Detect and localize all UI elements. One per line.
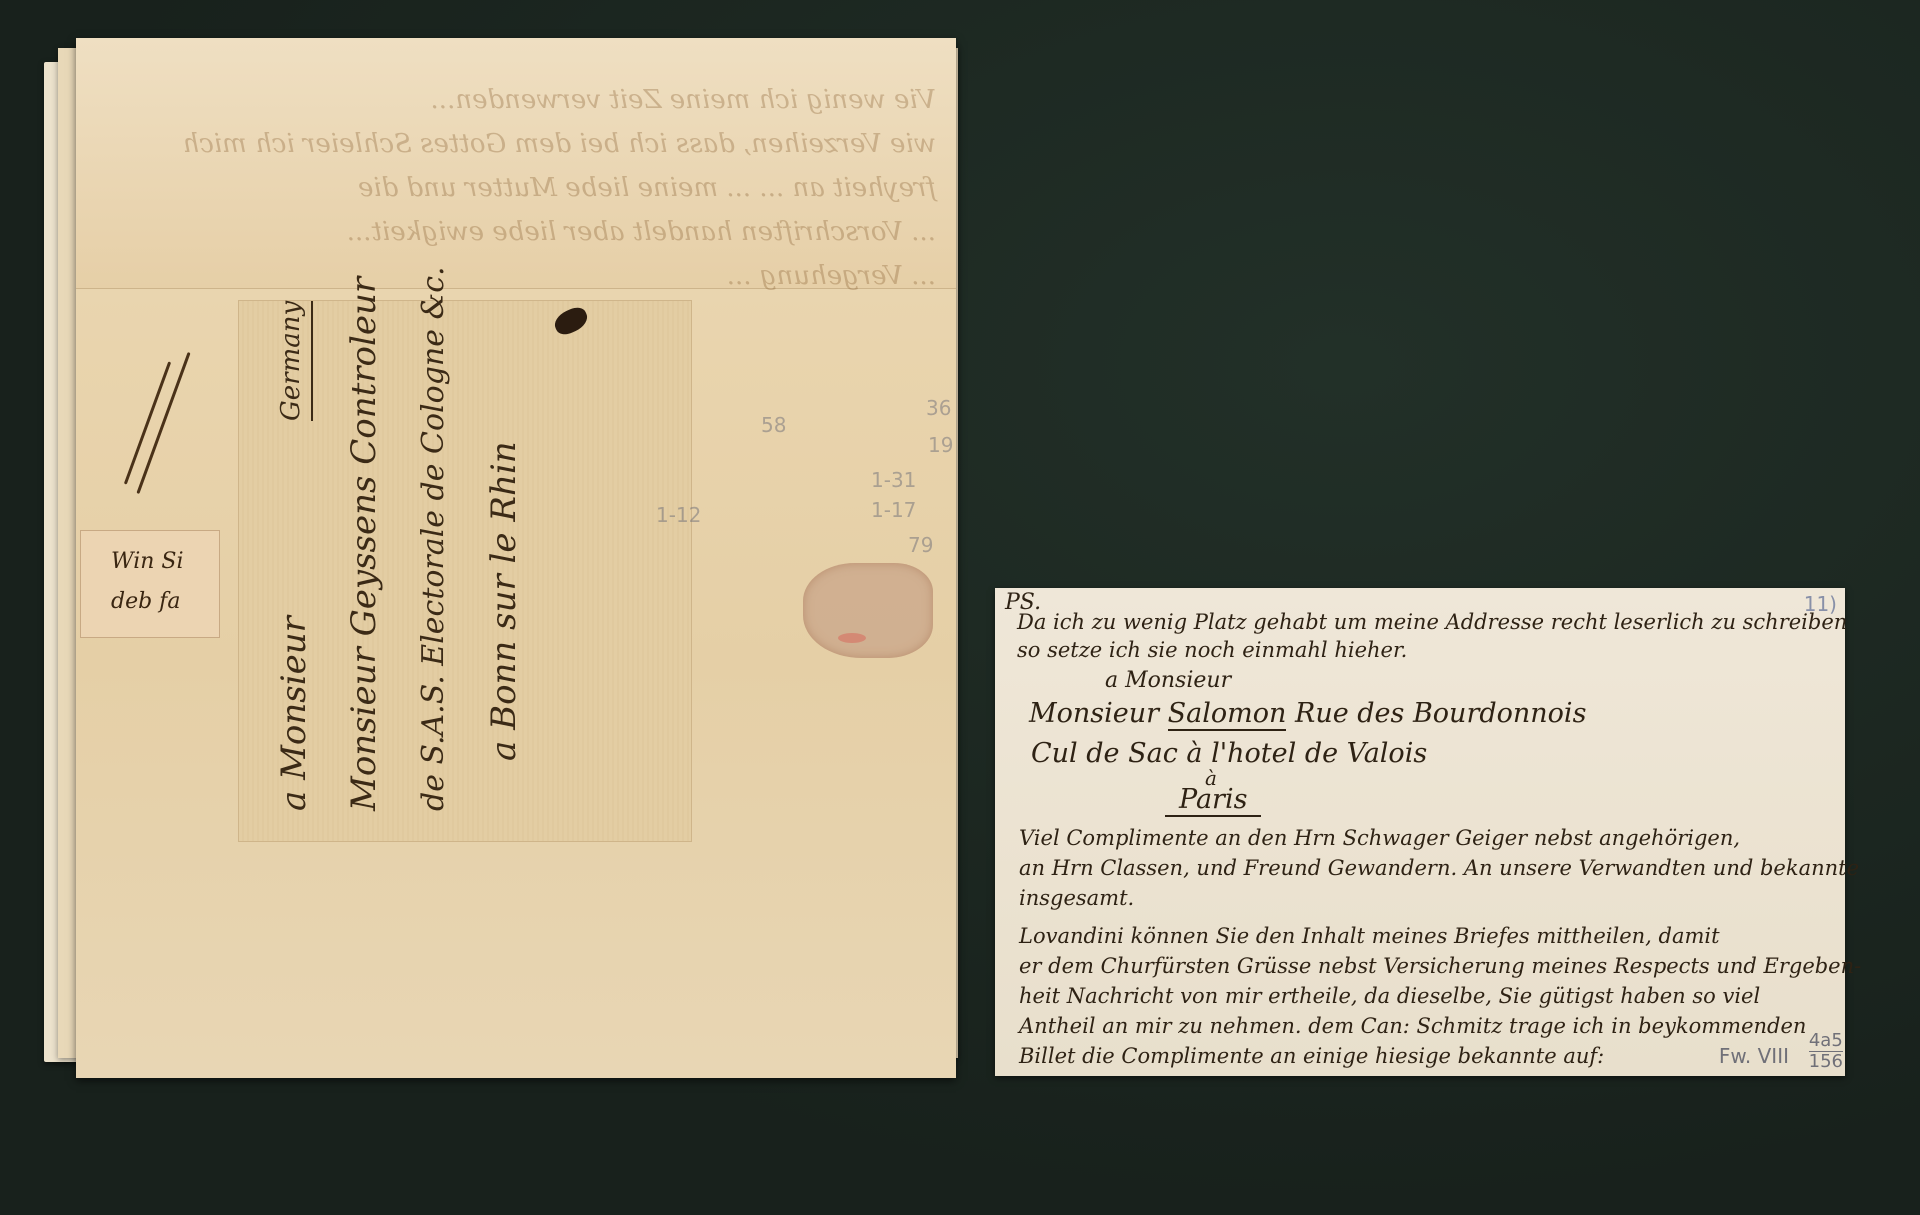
ps-address-city: Paris: [1165, 784, 1261, 817]
address-country: Germany: [271, 301, 313, 421]
pasted-paper-slip: Win Si deb fa: [80, 530, 220, 638]
pencil-note: 58: [761, 413, 786, 437]
ps-address-line-3: Cul de Sac à l'hotel de Valois: [1031, 738, 1427, 769]
folded-letter-cover: Vie wenig ich meine Zeit verwenden... wi…: [76, 38, 956, 1078]
bleed-through-text: Vie wenig ich meine Zeit verwenden... wi…: [116, 78, 936, 298]
ps-body-line-4: Lovandini können Sie den Inhalt meines B…: [1019, 924, 1720, 948]
address-line-4: a Bonn sur le Rhin: [469, 301, 539, 821]
pencil-note: 1-12: [656, 503, 701, 527]
address-line-3: de S.A.S. Electorale de Cologne &c.: [399, 301, 469, 821]
ps-address-line-1: a Monsieur: [1105, 668, 1231, 693]
address-panel: a Monsieur Monsieur Geyssens Controleur …: [238, 300, 692, 842]
ps-address-name: Salomon: [1168, 698, 1287, 731]
margin-double-stroke: [136, 348, 186, 508]
ps-address-prefix: Monsieur: [1029, 698, 1159, 729]
red-wax-trace: [838, 633, 866, 643]
slip-line-1: Win Si: [111, 549, 184, 574]
postscript-note: PS. 11) Da ich zu wenig Platz gehabt um …: [995, 588, 1845, 1076]
ps-line-2: so setze ich sie noch einmahl hieher.: [1017, 638, 1407, 662]
ps-body-line-1: Viel Complimente an den Hrn Schwager Gei…: [1019, 826, 1740, 850]
pencil-note: 1-31: [871, 468, 916, 492]
rotated-address-block: a Monsieur Monsieur Geyssens Controleur …: [259, 301, 679, 821]
ps-body-line-6: heit Nachricht von mir ertheile, da dies…: [1019, 984, 1760, 1008]
ps-body-line-3: insgesamt.: [1019, 886, 1134, 910]
ps-line-1: Da ich zu wenig Platz gehabt um meine Ad…: [1017, 610, 1847, 634]
pencil-note: 19: [928, 433, 953, 457]
ps-address-line-2: Monsieur Salomon Rue des Bourdonnois: [1029, 698, 1586, 729]
archive-signature: Fw. VIII: [1719, 1044, 1789, 1068]
slip-line-2: deb fa: [111, 589, 180, 614]
archive-fraction-bottom: 156: [1809, 1051, 1843, 1072]
pencil-note: 1-17: [871, 498, 916, 522]
pencil-note: 36: [926, 396, 951, 420]
ps-body-line-2: an Hrn Classen, und Freund Gewandern. An…: [1019, 856, 1859, 880]
ps-body-line-7: Antheil an mir zu nehmen. dem Can: Schmi…: [1019, 1014, 1806, 1038]
address-line-2: Monsieur Geyssens Controleur: [329, 301, 399, 821]
wax-seal-stain: [803, 563, 933, 658]
ps-body-line-8: Billet die Complimente an einige hiesige…: [1019, 1044, 1604, 1068]
ps-address-street: Rue des Bourdonnois: [1295, 698, 1586, 729]
top-fold-flap: Vie wenig ich meine Zeit verwenden... wi…: [76, 38, 956, 289]
archive-fraction: 4a5 156: [1809, 1031, 1843, 1072]
pencil-note: 79: [908, 533, 933, 557]
ps-body-line-5: er dem Churfürsten Grüsse nebst Versiche…: [1019, 954, 1861, 978]
archive-fraction-top: 4a5: [1809, 1031, 1843, 1051]
